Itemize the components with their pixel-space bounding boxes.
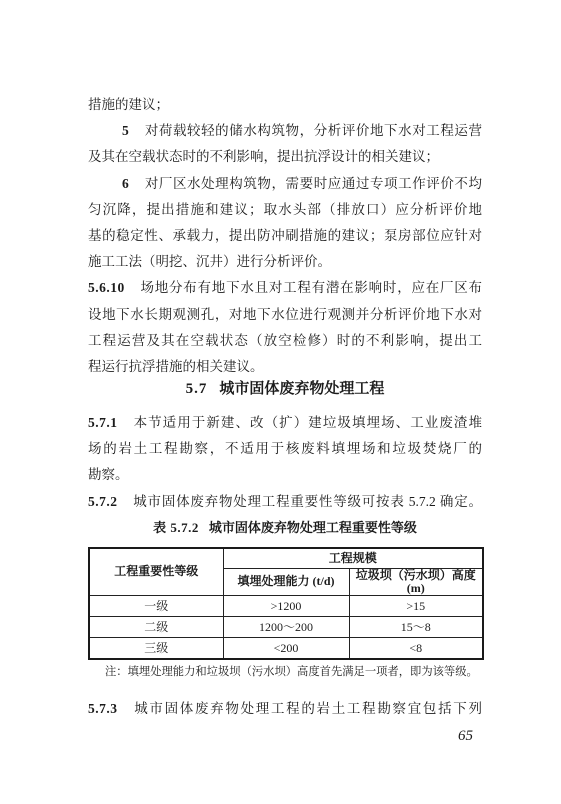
line-text: 程运行抗浮措施的相关建议。 <box>88 359 264 374</box>
line-text: 施工工法（明挖、沉井）进行分析评价。 <box>88 254 331 269</box>
clause-number: 5 <box>122 123 129 138</box>
text-line: 措施的建议； <box>88 92 482 118</box>
page-content: 措施的建议；5对荷载较轻的储水构筑物，分析评价地下水对工程运营及其在空载状态时的… <box>88 92 482 745</box>
table-row: 一级 >1200 >15 <box>89 596 483 617</box>
table-caption: 表 5.7.2城市固体废弃物处理工程重要性等级 <box>88 515 482 541</box>
section-title: 城市固体废弃物处理工程 <box>219 381 384 397</box>
clause-number: 6 <box>122 176 129 191</box>
line-text: 及其在空载状态时的不利影响，提出抗浮设计的相关建议； <box>88 149 439 164</box>
table-row: 二级 1200～200 15～8 <box>89 617 483 638</box>
line-text: 工程运营及其在空载状态（放空检修）时的不利影响，提出工 <box>88 333 482 348</box>
text-line: 基的稳定性、承载力，提出防冲刷措施的建议；泵房部位应针对 <box>88 223 482 249</box>
text-line: 设地下水长期观测孔，对地下水位进行观测并分析评价地下水对 <box>88 302 482 328</box>
dam-height-cell: <8 <box>349 638 483 660</box>
line-text: 基的稳定性、承载力，提出防冲刷措施的建议；泵房部位应针对 <box>88 228 482 243</box>
text-line: 勘察。 <box>88 462 482 488</box>
line-text: 设地下水长期观测孔，对地下水位进行观测并分析评价地下水对 <box>88 307 482 322</box>
line-text: 匀沉降，提出措施和建议；取水头部（排放口）应分析评价地 <box>88 202 482 217</box>
table-header-scale-group: 工程规模 <box>223 548 483 569</box>
text-line: 工程运营及其在空载状态（放空检修）时的不利影响，提出工 <box>88 328 482 354</box>
line-text: 本节适用于新建、改（扩）建垃圾填埋场、工业废渣堆 <box>133 415 483 430</box>
text-line: 匀沉降，提出措施和建议；取水头部（排放口）应分析评价地 <box>88 197 482 223</box>
text-line: 5.6.10场地分布有地下水且对工程有潜在影响时，应在厂区布 <box>88 275 482 301</box>
line-text: 场的岩土工程勘察，不适用于核废料填埋场和垃圾焚烧厂的 <box>88 441 482 456</box>
clause-text-block-2: 5.7.1本节适用于新建、改（扩）建垃圾填埋场、工业废渣堆场的岩土工程勘察，不适… <box>88 410 482 515</box>
grade-cell: 二级 <box>89 617 223 638</box>
line-text: 城市固体废弃物处理工程的岩土工程勘察宜包括下列 <box>133 701 483 716</box>
capacity-cell: >1200 <box>223 596 349 617</box>
page-number: 65 <box>88 727 482 745</box>
text-line: 5.7.2城市固体废弃物处理工程重要性等级可按表 5.7.2 确定。 <box>88 489 482 515</box>
clause-text-block-1: 措施的建议；5对荷载较轻的储水构筑物，分析评价地下水对工程运营及其在空载状态时的… <box>88 92 482 380</box>
line-text: 对荷载较轻的储水构筑物，分析评价地下水对工程运营 <box>144 123 482 138</box>
table-subheader-capacity: 填埋处理能力 (t/d) <box>223 568 349 595</box>
dam-height-cell: >15 <box>349 596 483 617</box>
line-text: 城市固体废弃物处理工程重要性等级可按表 5.7.2 确定。 <box>133 494 483 509</box>
line-text: 措施的建议； <box>88 97 169 112</box>
table-header-grade: 工程重要性等级 <box>89 548 223 596</box>
clause-number: 5.7.1 <box>88 415 118 430</box>
clause-number: 5.7.2 <box>88 494 118 509</box>
dam-height-cell: 15～8 <box>349 617 483 638</box>
text-line: 5对荷载较轻的储水构筑物，分析评价地下水对工程运营 <box>88 118 482 144</box>
capacity-cell: <200 <box>223 638 349 660</box>
line-text: 对厂区水处理构筑物，需要时应通过专项工作评价不均 <box>144 176 482 191</box>
importance-grade-table: 工程重要性等级 工程规模 填埋处理能力 (t/d) 垃圾坝（污水坝）高度 (m)… <box>88 547 484 660</box>
table-note: 注：填埋处理能力和垃圾坝（污水坝）高度首先满足一项者，即为该等级。 <box>88 665 482 680</box>
line-text: 场地分布有地下水且对工程有潜在影响时，应在厂区布 <box>140 280 482 295</box>
table-caption-label: 表 5.7.2 <box>153 520 199 535</box>
grade-cell: 一级 <box>89 596 223 617</box>
table-row: 三级 <200 <8 <box>89 638 483 660</box>
clause-text-block-3: 5.7.3城市固体废弃物处理工程的岩土工程勘察宜包括下列 <box>88 696 482 722</box>
clause-number: 5.7.3 <box>88 701 118 716</box>
text-line: 场的岩土工程勘察，不适用于核废料填埋场和垃圾焚烧厂的 <box>88 436 482 462</box>
section-number: 5.7 <box>186 381 208 397</box>
document-page: 措施的建议；5对荷载较轻的储水构筑物，分析评价地下水对工程运营及其在空载状态时的… <box>0 0 561 804</box>
text-line: 5.7.1本节适用于新建、改（扩）建垃圾填埋场、工业废渣堆 <box>88 410 482 436</box>
text-line: 施工工法（明挖、沉井）进行分析评价。 <box>88 249 482 275</box>
text-line: 5.7.3城市固体废弃物处理工程的岩土工程勘察宜包括下列 <box>88 696 482 722</box>
grade-cell: 三级 <box>89 638 223 660</box>
line-text: 勘察。 <box>88 467 129 482</box>
text-line: 及其在空载状态时的不利影响，提出抗浮设计的相关建议； <box>88 144 482 170</box>
text-line: 6对厂区水处理构筑物，需要时应通过专项工作评价不均 <box>88 171 482 197</box>
table-caption-title: 城市固体废弃物处理工程重要性等级 <box>209 520 417 535</box>
capacity-cell: 1200～200 <box>223 617 349 638</box>
clause-number: 5.6.10 <box>88 280 125 295</box>
table-subheader-dam-height: 垃圾坝（污水坝）高度 (m) <box>349 568 483 595</box>
